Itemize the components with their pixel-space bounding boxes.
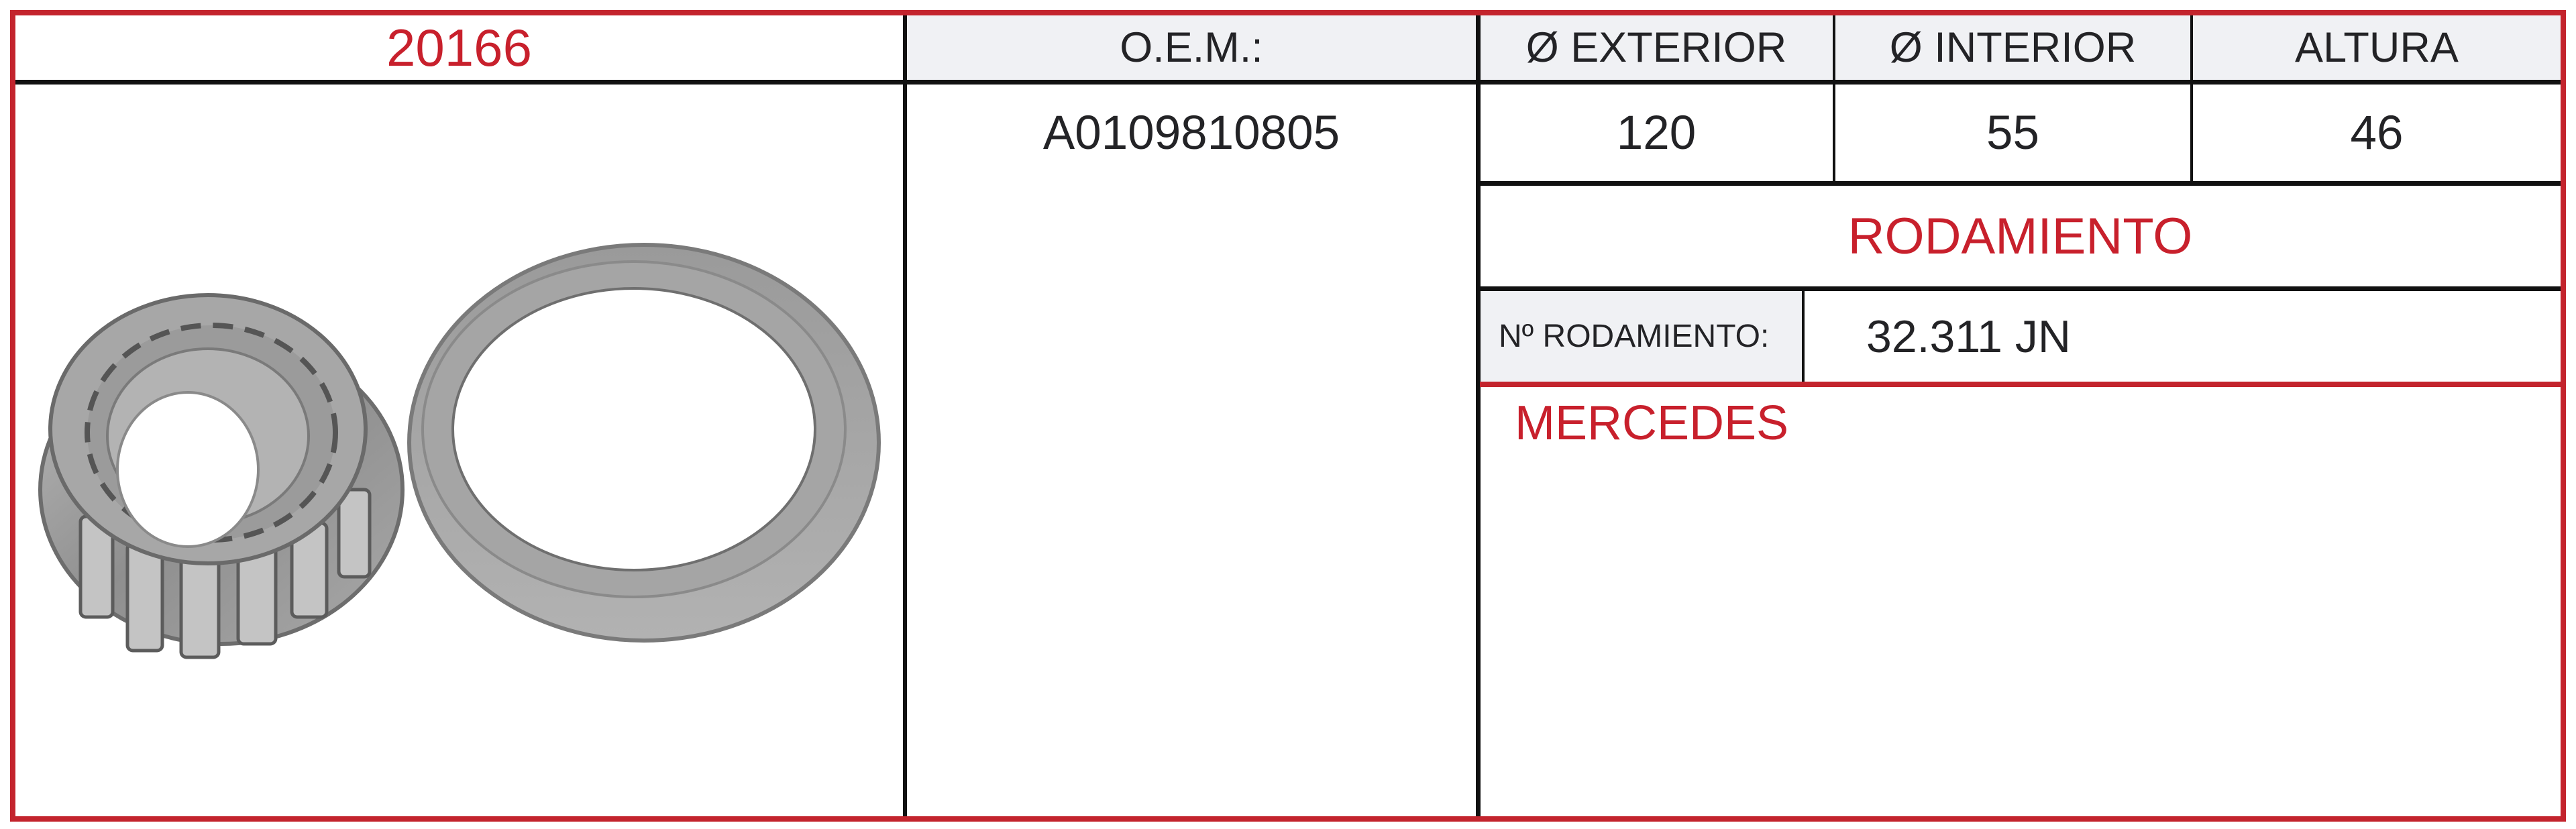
frame-left — [10, 10, 15, 822]
bearing-cup-icon — [409, 245, 879, 641]
oem-value: A0109810805 — [907, 85, 1476, 181]
height-value: 46 — [2193, 85, 2561, 181]
application-brand: MERCEDES — [1515, 396, 2521, 463]
bearing-number-label: Nº RODAMIENTO: — [1480, 291, 1802, 382]
frame-right — [2561, 10, 2566, 822]
header-divider — [15, 80, 2561, 85]
applications-divider — [1480, 382, 2561, 387]
height-label: ALTURA — [2193, 15, 2561, 80]
frame-bottom — [10, 816, 2566, 822]
reference-number: 20166 — [15, 15, 903, 80]
category-title: RODAMIENTO — [1480, 186, 2561, 286]
bearing-number-value: 32.311 JN — [1805, 291, 2561, 382]
frame-top — [10, 10, 2566, 15]
category-row-divider — [1480, 286, 2561, 291]
oem-label: O.E.M.: — [907, 15, 1476, 80]
outer-diameter-value: 120 — [1480, 85, 1833, 181]
inner-diameter-value: 55 — [1835, 85, 2190, 181]
bearing-cone-icon — [40, 295, 402, 657]
values-row-divider — [1480, 181, 2561, 186]
bearing-photo — [27, 228, 892, 671]
outer-diameter-label: Ø EXTERIOR — [1480, 15, 1833, 80]
inner-diameter-label: Ø INTERIOR — [1835, 15, 2190, 80]
